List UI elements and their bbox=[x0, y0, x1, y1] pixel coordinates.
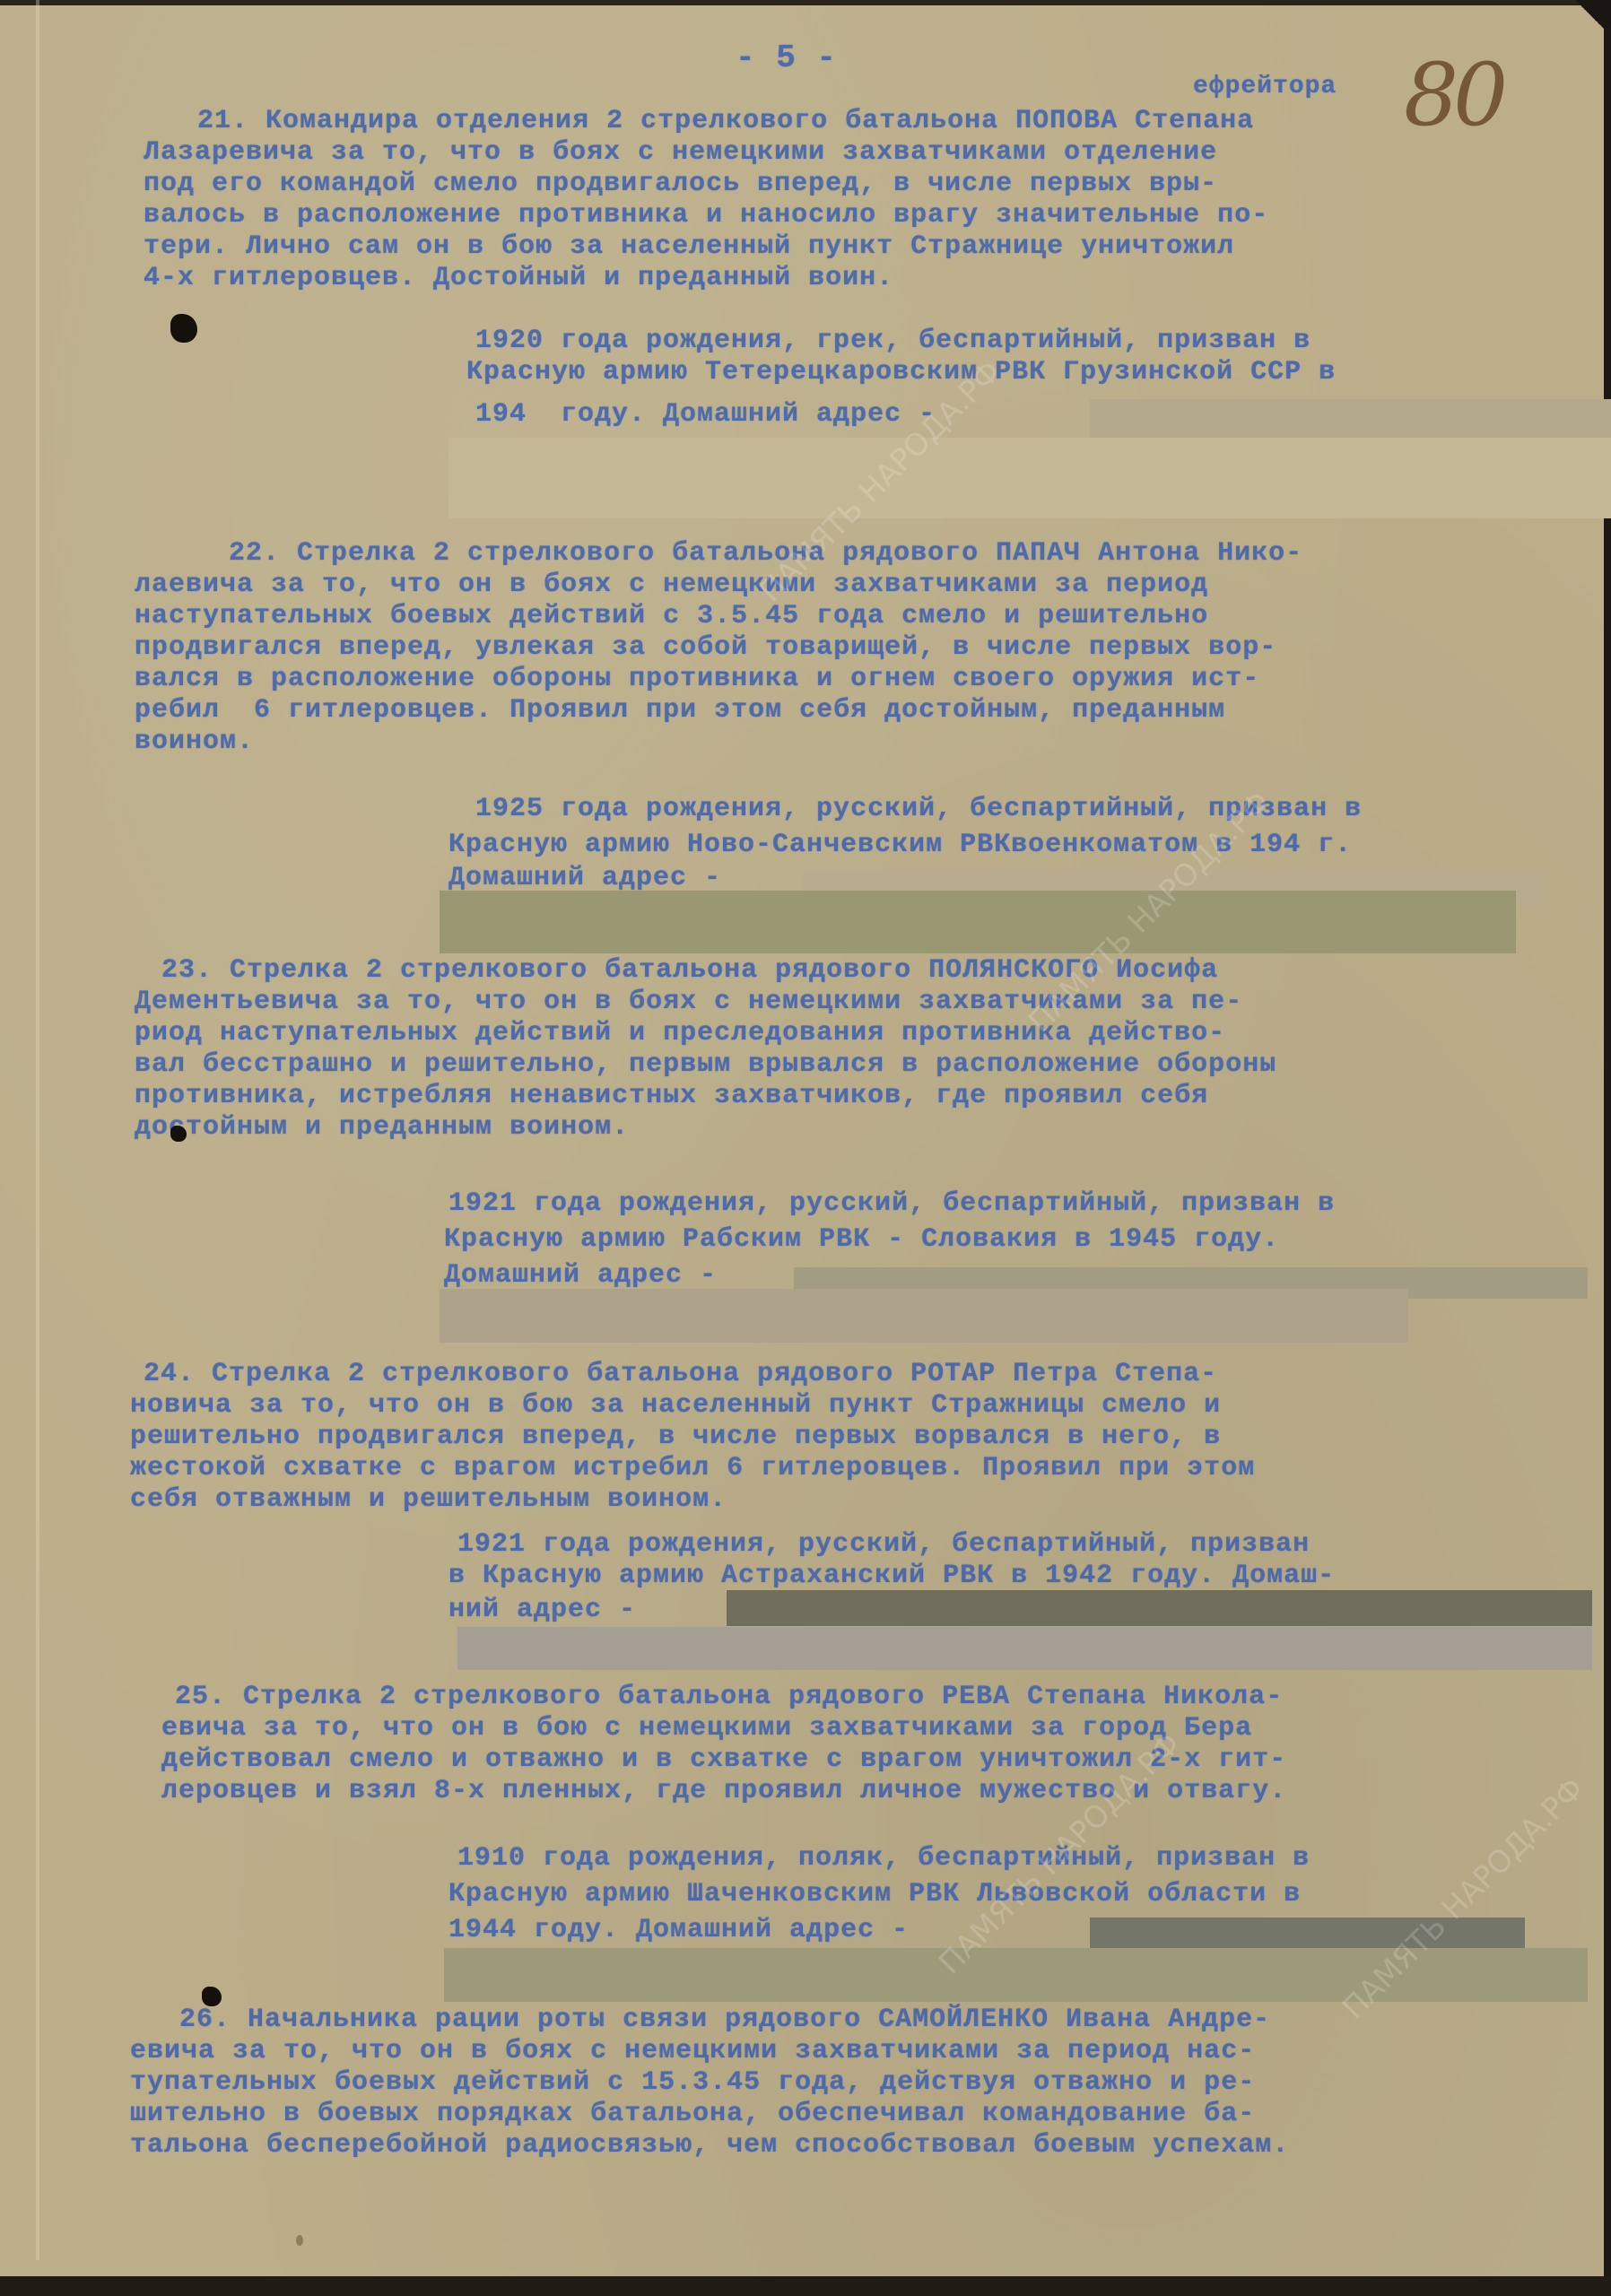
citation-line: ребил 6 гитлеровцев. Проявил при этом се… bbox=[135, 695, 1225, 726]
redacted-address bbox=[1090, 399, 1611, 439]
paper-hole bbox=[170, 314, 197, 343]
document-page: - 5 - ефрейтора 80 21. Командира отделен… bbox=[0, 0, 1611, 2296]
rank-header-word: ефрейтора bbox=[1193, 72, 1337, 102]
redacted-address bbox=[727, 1590, 1592, 1626]
redacted-address bbox=[457, 1627, 1592, 1670]
bio-line: Красную армию Тетерецкаровским РВК Грузи… bbox=[466, 357, 1336, 387]
citation-line: 22. Стрелка 2 стрелкового батальона рядо… bbox=[229, 538, 1302, 569]
citation-line: наступательных боевых действий с 3.5.45 … bbox=[135, 601, 1208, 631]
citation-line: вал бесстрашно и решительно, первым врыв… bbox=[135, 1049, 1276, 1080]
citation-line: Лазаревича за то, что в боях с немецкими… bbox=[144, 137, 1217, 168]
bio-line: 1921 года рождения, русский, беспартийны… bbox=[448, 1188, 1335, 1219]
page-number: - 5 - bbox=[736, 43, 837, 74]
paper-fold-line bbox=[36, 0, 39, 2260]
bio-line: Домашний адрес - bbox=[448, 863, 721, 893]
scan-bottom-edge bbox=[0, 2276, 1611, 2296]
bio-line: Красную армию Шаченковским РВК Львовской… bbox=[448, 1879, 1301, 1909]
paper-hole bbox=[202, 1987, 222, 2006]
paper-hole bbox=[170, 1126, 187, 1142]
citation-line: тери. Лично сам он в бою за населенный п… bbox=[144, 231, 1234, 262]
citation-line: под его командой смело продвигалось впер… bbox=[144, 169, 1217, 199]
bio-line: Домашний адрес - bbox=[444, 1260, 717, 1291]
citation-line: 4-х гитлеровцев. Достойный и преданный в… bbox=[144, 263, 893, 293]
scan-top-edge bbox=[0, 0, 1611, 5]
citation-line: 21. Командира отделения 2 стрелкового ба… bbox=[197, 106, 1254, 136]
citation-line: лаевича за то, что он в боях с немецкими… bbox=[135, 570, 1208, 600]
citation-line: 25. Стрелка 2 стрелкового батальона рядо… bbox=[175, 1682, 1283, 1712]
redacted-address bbox=[448, 438, 1611, 518]
redacted-address bbox=[440, 891, 1516, 953]
citation-line: новича за то, что он в бою за населенный… bbox=[130, 1390, 1221, 1421]
citation-line: себя отважным и решительным воином. bbox=[130, 1484, 727, 1515]
handwritten-sheet-number: 80 bbox=[1404, 45, 1502, 145]
citation-line: жестокой схватке с врагом истребил 6 гит… bbox=[130, 1453, 1255, 1483]
citation-line: воином. bbox=[135, 726, 254, 757]
citation-line: тупательных боевых действий с 15.3.45 го… bbox=[130, 2067, 1255, 2098]
citation-line: вался в расположение обороны противника … bbox=[135, 664, 1259, 694]
citation-line: 26. Начальника рации роты связи рядового… bbox=[179, 2005, 1270, 2035]
redacted-address bbox=[440, 1289, 1408, 1343]
citation-line: решительно продвигался вперед, в числе п… bbox=[130, 1422, 1221, 1452]
bio-line: 1921 года рождения, русский, беспартийны… bbox=[457, 1529, 1310, 1560]
citation-line: шительно в боевых порядках батальона, об… bbox=[130, 2099, 1255, 2129]
scan-right-edge bbox=[1604, 27, 1611, 2296]
bio-line: 1944 году. Домашний адрес - bbox=[448, 1915, 909, 1945]
citation-line: 24. Стрелка 2 стрелкового батальона рядо… bbox=[144, 1359, 1217, 1389]
citation-line: валось в расположение противника и нанос… bbox=[144, 200, 1268, 230]
bio-line: 1920 года рождения, грек, беспартийный, … bbox=[475, 326, 1311, 356]
bio-line: 194 году. Домашний адрес - bbox=[475, 399, 936, 430]
citation-line: евича за то, что он в боях с немецкими з… bbox=[130, 2036, 1255, 2066]
citation-line: достойным и преданным воином. bbox=[135, 1112, 629, 1143]
citation-line: евича за то, что он в бою с немецкими за… bbox=[161, 1713, 1252, 1744]
bio-line: 1910 года рождения, поляк, беспартийный,… bbox=[457, 1843, 1310, 1874]
citation-line: противника, истребляя ненавистных захват… bbox=[135, 1081, 1208, 1111]
bio-line: ний адрес - bbox=[448, 1595, 636, 1625]
bio-line: в Красную армию Астраханский РВК в 1942 … bbox=[448, 1561, 1335, 1591]
paper-stain bbox=[296, 2235, 303, 2246]
citation-line: тальона бесперебойной радиосвязью, чем с… bbox=[130, 2130, 1289, 2161]
bio-line: Красную армию Рабским РВК - Словакия в 1… bbox=[444, 1224, 1279, 1255]
citation-line: продвигался вперед, увлекая за собой тов… bbox=[135, 632, 1276, 663]
